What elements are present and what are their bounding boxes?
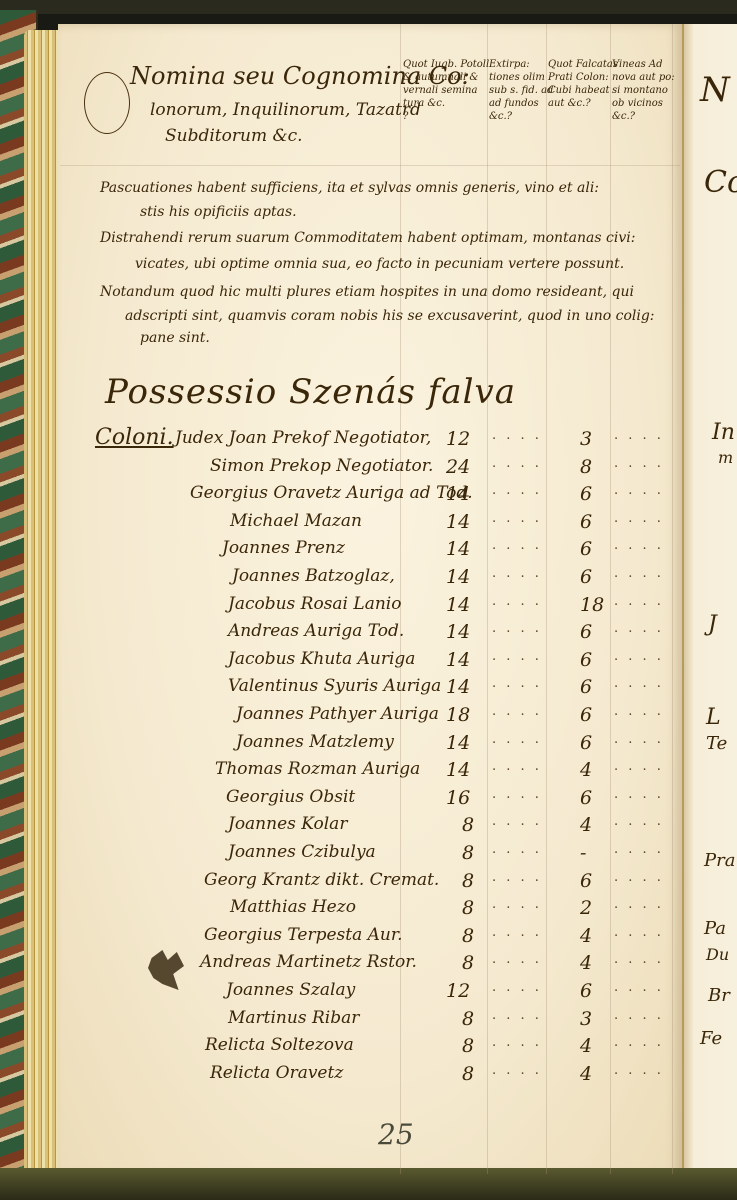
leader-dots: . . . . xyxy=(492,870,542,885)
table-row: Joannes Pathyer Auriga18. . . .6. . . . xyxy=(0,704,737,732)
col1-line: Quot Iugb. Potoll xyxy=(403,58,489,71)
leader-dots: . . . . xyxy=(492,649,542,664)
leader-dots: . . . . xyxy=(492,1035,542,1050)
table-row: Andreas Auriga Tod.14. . . .6. . . . xyxy=(0,621,737,649)
person-name: Jacobus Rosai Lanio xyxy=(228,594,401,614)
header-title-line2: lonorum, Inquilinorum, Tazatrd xyxy=(150,100,421,120)
leader-dots: . . . . xyxy=(614,952,664,967)
header-title-line3: Subditorum &c. xyxy=(165,126,303,146)
leader-dots: . . . . xyxy=(492,538,542,553)
leader-dots: . . . . xyxy=(492,732,542,747)
col4-line: &c.? xyxy=(612,110,675,123)
column-header-3: Quot Falcatas Prati Colon: Cubi habeat a… xyxy=(548,58,618,110)
leader-dots: . . . . xyxy=(492,897,542,912)
leader-dots: . . . . xyxy=(492,566,542,581)
value-column-1: 12 xyxy=(446,980,486,1002)
value-column-3: 8 xyxy=(580,456,610,478)
leader-dots: . . . . xyxy=(614,842,664,857)
table-row: Martinus Ribar8. . . .3. . . . xyxy=(0,1008,737,1036)
value-column-1: 14 xyxy=(446,621,486,643)
leader-dots: . . . . xyxy=(614,566,664,581)
title-flourish-icon xyxy=(84,72,130,134)
leader-dots: . . . . xyxy=(614,456,664,471)
leader-dots: . . . . xyxy=(492,676,542,691)
value-column-1: 14 xyxy=(446,732,486,754)
value-column-3: 6 xyxy=(580,511,610,533)
table-row: Relicta Oravetz8. . . .4. . . . xyxy=(0,1063,737,1091)
value-column-3: 4 xyxy=(580,952,610,974)
leader-dots: . . . . xyxy=(614,483,664,498)
value-column-1: 14 xyxy=(446,759,486,781)
value-column-3: 4 xyxy=(580,1035,610,1057)
facing-fragment: Br xyxy=(708,985,730,1006)
leader-dots: . . . . xyxy=(492,511,542,526)
leader-dots: . . . . xyxy=(614,1008,664,1023)
leader-dots: . . . . xyxy=(492,621,542,636)
leader-dots: . . . . xyxy=(492,952,542,967)
facing-fragment: Pra xyxy=(704,850,735,871)
person-name: Georgius Obsit xyxy=(226,787,355,807)
table-row: Georg Krantz dikt. Cremat.8. . . .6. . .… xyxy=(0,870,737,898)
person-name: Valentinus Syuris Auriga xyxy=(228,676,441,696)
table-row: Jacobus Khuta Auriga14. . . .6. . . . xyxy=(0,649,737,677)
facing-fragment: J xyxy=(708,612,717,637)
value-column-1: 24 xyxy=(446,456,486,478)
leader-dots: . . . . xyxy=(614,1063,664,1078)
col1-line: tura &c. xyxy=(403,97,489,110)
value-column-3: 6 xyxy=(580,870,610,892)
col1-line: vernali semina xyxy=(403,84,489,97)
note-line: Pascuationes habent sufficiens, ita et s… xyxy=(100,180,599,196)
leader-dots: . . . . xyxy=(614,428,664,443)
value-column-1: 12 xyxy=(446,428,486,450)
value-column-3: 3 xyxy=(580,1008,610,1030)
table-row: Valentinus Syuris Auriga14. . . .6. . . … xyxy=(0,676,737,704)
table-row: Joannes Czibulya8. . . .-. . . . xyxy=(0,842,737,870)
leader-dots: . . . . xyxy=(614,925,664,940)
book-cover-top xyxy=(0,0,737,14)
person-name: Matthias Hezo xyxy=(230,897,356,917)
value-column-3: 6 xyxy=(580,704,610,726)
value-column-3: 6 xyxy=(580,676,610,698)
col2-line: &c.? xyxy=(489,110,553,123)
facing-fragment: N xyxy=(700,70,730,110)
person-name: Joannes Batzoglaz, xyxy=(232,566,395,586)
leader-dots: . . . . xyxy=(492,842,542,857)
value-column-1: 14 xyxy=(446,594,486,616)
leader-dots: . . . . xyxy=(492,925,542,940)
leader-dots: . . . . xyxy=(492,814,542,829)
person-name: Joannes Szalay xyxy=(226,980,355,1000)
person-name: Jacobus Khuta Auriga xyxy=(228,649,415,669)
leader-dots: . . . . xyxy=(614,621,664,636)
table-row: Georgius Obsit16. . . .6. . . . xyxy=(0,787,737,815)
person-name: Michael Mazan xyxy=(230,511,362,531)
note-line: stis his opificiis aptas. xyxy=(140,204,297,220)
table-row: Michael Mazan14. . . .6. . . . xyxy=(0,511,737,539)
column-header-2: Extirpa: tiones olim sub s. fid. ad ad f… xyxy=(489,58,553,123)
value-column-1: 18 xyxy=(446,704,486,726)
leader-dots: . . . . xyxy=(492,1063,542,1078)
col4-line: nova aut po: xyxy=(612,71,675,84)
leader-dots: . . . . xyxy=(492,428,542,443)
table-row: Joannes Matzlemy14. . . .6. . . . xyxy=(0,732,737,760)
leader-dots: . . . . xyxy=(614,732,664,747)
facing-fragment: L xyxy=(706,705,721,730)
col3-line: Cubi habeat xyxy=(548,84,618,97)
leader-dots: . . . . xyxy=(614,897,664,912)
facing-fragment: Pa xyxy=(704,918,726,939)
col2-line: tiones olim xyxy=(489,71,553,84)
value-column-3: 6 xyxy=(580,566,610,588)
value-column-3: 3 xyxy=(580,428,610,450)
leader-dots: . . . . xyxy=(492,456,542,471)
leader-dots: . . . . xyxy=(614,704,664,719)
table-row: Relicta Soltezova8. . . .4. . . . xyxy=(0,1035,737,1063)
value-column-3: 2 xyxy=(580,897,610,919)
col3-line: Quot Falcatas xyxy=(548,58,618,71)
person-name: Simon Prekop Negotiator. xyxy=(210,456,433,476)
value-column-1: 14 xyxy=(446,538,486,560)
person-name: Andreas Auriga Tod. xyxy=(228,621,404,641)
facing-fragment: Du xyxy=(706,945,729,964)
value-column-1: 14 xyxy=(446,566,486,588)
value-column-3: 6 xyxy=(580,649,610,671)
leader-dots: . . . . xyxy=(614,676,664,691)
table-row: Georgius Terpesta Aur.8. . . .4. . . . xyxy=(0,925,737,953)
table-row: Georgius Oravetz Auriga ad Tod.14. . . .… xyxy=(0,483,737,511)
leader-dots: . . . . xyxy=(614,814,664,829)
col2-line: ad fundos xyxy=(489,97,553,110)
person-name: Relicta Oravetz xyxy=(210,1063,343,1083)
leader-dots: . . . . xyxy=(614,511,664,526)
folio-number: 25 xyxy=(378,1118,414,1151)
note-line: Notandum quod hic multi plures etiam hos… xyxy=(100,284,634,300)
value-column-3: 6 xyxy=(580,732,610,754)
table-row: Andreas Martinetz Rstor.8. . . .4. . . . xyxy=(0,952,737,980)
leader-dots: . . . . xyxy=(614,594,664,609)
facing-fragment: m xyxy=(718,448,733,467)
leader-dots: . . . . xyxy=(492,759,542,774)
header-rule xyxy=(60,165,680,166)
table-row: Joannes Szalay12. . . .6. . . . xyxy=(0,980,737,1008)
note-line: vicates, ubi optime omnia sua, eo facto … xyxy=(135,256,624,272)
leader-dots: . . . . xyxy=(492,594,542,609)
value-column-1: 14 xyxy=(446,511,486,533)
table-row: Joannes Prenz14. . . .6. . . . xyxy=(0,538,737,566)
col2-line: sub s. fid. ad xyxy=(489,84,553,97)
table-row: Judex Joan Prekof Negotiator,12. . . .3.… xyxy=(0,428,737,456)
col3-line: aut &c.? xyxy=(548,97,618,110)
col4-line: Vineas Ad xyxy=(612,58,675,71)
leader-dots: . . . . xyxy=(492,704,542,719)
table-row: Jacobus Rosai Lanio14. . . .18. . . . xyxy=(0,594,737,622)
value-column-3: 4 xyxy=(580,814,610,836)
value-column-3: - xyxy=(580,842,610,864)
book-cover-bottom xyxy=(0,1168,737,1200)
value-column-3: 6 xyxy=(580,980,610,1002)
value-column-1: 14 xyxy=(446,649,486,671)
table-row: Simon Prekop Negotiator.24. . . .8. . . … xyxy=(0,456,737,484)
column-header-4: Vineas Ad nova aut po: si montano ob vic… xyxy=(612,58,675,123)
leader-dots: . . . . xyxy=(614,538,664,553)
value-column-3: 6 xyxy=(580,538,610,560)
column-header-1: Quot Iugb. Potoll & autumnali & vernali … xyxy=(403,58,489,123)
col1-line: & autumnali & xyxy=(403,71,489,84)
person-name: Relicta Soltezova xyxy=(205,1035,354,1055)
leader-dots: . . . . xyxy=(492,787,542,802)
col4-line: ob vicinos xyxy=(612,97,675,110)
value-column-3: 6 xyxy=(580,787,610,809)
person-name: Joannes Matzlemy xyxy=(236,732,394,752)
col4-line: si montano xyxy=(612,84,675,97)
person-name: Joannes Pathyer Auriga xyxy=(236,704,439,724)
note-line: Distrahendi rerum suarum Commoditatem ha… xyxy=(100,230,635,246)
person-name: Joannes Prenz xyxy=(222,538,345,558)
person-name: Judex Joan Prekof Negotiator, xyxy=(175,428,431,448)
value-column-3: 6 xyxy=(580,483,610,505)
leader-dots: . . . . xyxy=(492,483,542,498)
facing-fragment: Fe xyxy=(700,1028,722,1049)
table-row: Joannes Kolar8. . . .4. . . . xyxy=(0,814,737,842)
village-heading: Possessio Szenás falva xyxy=(105,372,516,412)
leader-dots: . . . . xyxy=(614,649,664,664)
table-row: Joannes Batzoglaz,14. . . .6. . . . xyxy=(0,566,737,594)
facing-fragment: Te xyxy=(706,733,727,754)
person-name: Georgius Oravetz Auriga ad Tod. xyxy=(190,483,473,503)
value-column-1: 16 xyxy=(446,787,486,809)
person-name: Thomas Rozman Auriga xyxy=(215,759,420,779)
value-column-3: 6 xyxy=(580,621,610,643)
value-column-3: 4 xyxy=(580,1063,610,1085)
col1-line: ? xyxy=(403,110,489,123)
person-name: Georgius Terpesta Aur. xyxy=(204,925,403,945)
value-column-3: 4 xyxy=(580,925,610,947)
person-name: Joannes Czibulya xyxy=(228,842,376,862)
table-row: Thomas Rozman Auriga14. . . .4. . . . xyxy=(0,759,737,787)
person-name: Andreas Martinetz Rstor. xyxy=(200,952,417,972)
value-column-3: 4 xyxy=(580,759,610,781)
value-column-1: 14 xyxy=(446,483,486,505)
note-line: pane sint. xyxy=(140,330,210,346)
leader-dots: . . . . xyxy=(614,980,664,995)
facing-fragment: In xyxy=(712,420,735,445)
col2-line: Extirpa: xyxy=(489,58,553,71)
table-row: Matthias Hezo8. . . .2. . . . xyxy=(0,897,737,925)
leader-dots: . . . . xyxy=(614,1035,664,1050)
facing-fragment: Co xyxy=(704,165,737,200)
leader-dots: . . . . xyxy=(614,787,664,802)
leader-dots: . . . . xyxy=(492,1008,542,1023)
value-column-3: 18 xyxy=(580,594,610,616)
person-name: Georg Krantz dikt. Cremat. xyxy=(204,870,439,890)
person-name: Martinus Ribar xyxy=(228,1008,359,1028)
leader-dots: . . . . xyxy=(492,980,542,995)
leader-dots: . . . . xyxy=(614,870,664,885)
col3-line: Prati Colon: xyxy=(548,71,618,84)
note-line: adscripti sint, quamvis coram nobis his … xyxy=(125,308,655,324)
value-column-1: 14 xyxy=(446,676,486,698)
person-name: Joannes Kolar xyxy=(228,814,347,834)
leader-dots: . . . . xyxy=(614,759,664,774)
